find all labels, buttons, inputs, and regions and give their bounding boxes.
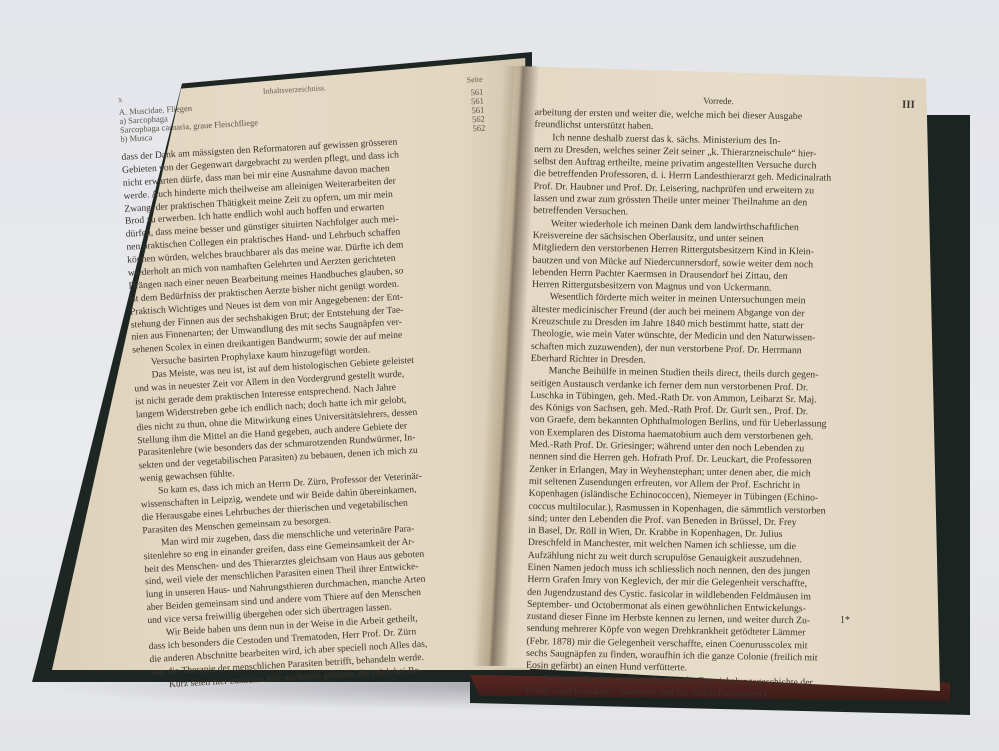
left-page-body: dass der Dank am mässigsten den Reformat… (121, 133, 516, 694)
left-page-running-title: Inhaltsverzeichniss. (263, 84, 327, 96)
toc-label: b) Musca (120, 133, 152, 144)
toc-label (121, 144, 122, 153)
toc-page: 562 (472, 124, 485, 134)
right-page-running-title: Vorrede. (703, 97, 734, 108)
right-page-text: Vorrede. III arbeitung der ersten und we… (526, 94, 915, 704)
left-page-header-right: Seite (466, 76, 482, 85)
left-page-header-left: x (118, 96, 122, 104)
right-page-body: arbeitung der ersten und weiter die, wel… (526, 108, 915, 704)
signature-mark: 1* (840, 615, 850, 626)
right-page-number: III (902, 100, 915, 111)
left-page-text: x Inhaltsverzeichniss. Seite A. Muscidae… (118, 76, 516, 694)
